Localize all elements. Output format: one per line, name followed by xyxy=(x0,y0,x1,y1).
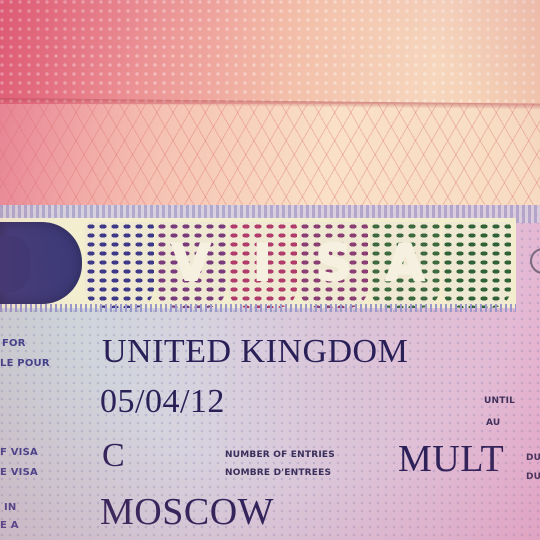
au-label: AU xyxy=(486,418,500,428)
country-value: UNITED KINGDOM xyxy=(102,333,408,371)
banner-letter-a: A xyxy=(370,222,439,308)
left-label: IN xyxy=(4,502,17,513)
passport-page-background xyxy=(0,0,540,110)
left-label: F VISA xyxy=(0,447,38,458)
left-label: E VISA xyxy=(0,467,38,478)
banner-pattern-column xyxy=(85,222,154,308)
banner-letter-i: I xyxy=(228,222,297,308)
du-label: DU xyxy=(526,472,540,482)
left-label: E A xyxy=(0,520,19,531)
entries-label-fr: NOMBRE D'ENTREES xyxy=(225,468,331,478)
entries-label-en: NUMBER OF ENTRIES xyxy=(225,450,335,460)
visa-photo: V I S A FOR LE POUR F VISA E VISA IN E A… xyxy=(0,0,540,540)
visa-banner-letters: V I S A xyxy=(84,222,512,308)
visa-type-value: C xyxy=(102,437,125,475)
entries-value: MULT xyxy=(398,437,504,481)
banner-pattern-column xyxy=(442,222,511,308)
banner-letter-s: S xyxy=(299,222,368,308)
date-value: 05/04/12 xyxy=(100,383,225,421)
until-label: UNTIL xyxy=(484,396,515,406)
eur-microprint-strip xyxy=(0,304,516,312)
hologram-emblem-part xyxy=(0,236,30,292)
issued-in-value: MOSCOW xyxy=(100,490,274,534)
left-label: FOR xyxy=(2,338,26,349)
passport-page-guilloche xyxy=(0,104,540,206)
banner-letter-v: V xyxy=(156,222,225,308)
left-label: LE POUR xyxy=(0,358,50,369)
du-label: DU xyxy=(526,453,540,463)
